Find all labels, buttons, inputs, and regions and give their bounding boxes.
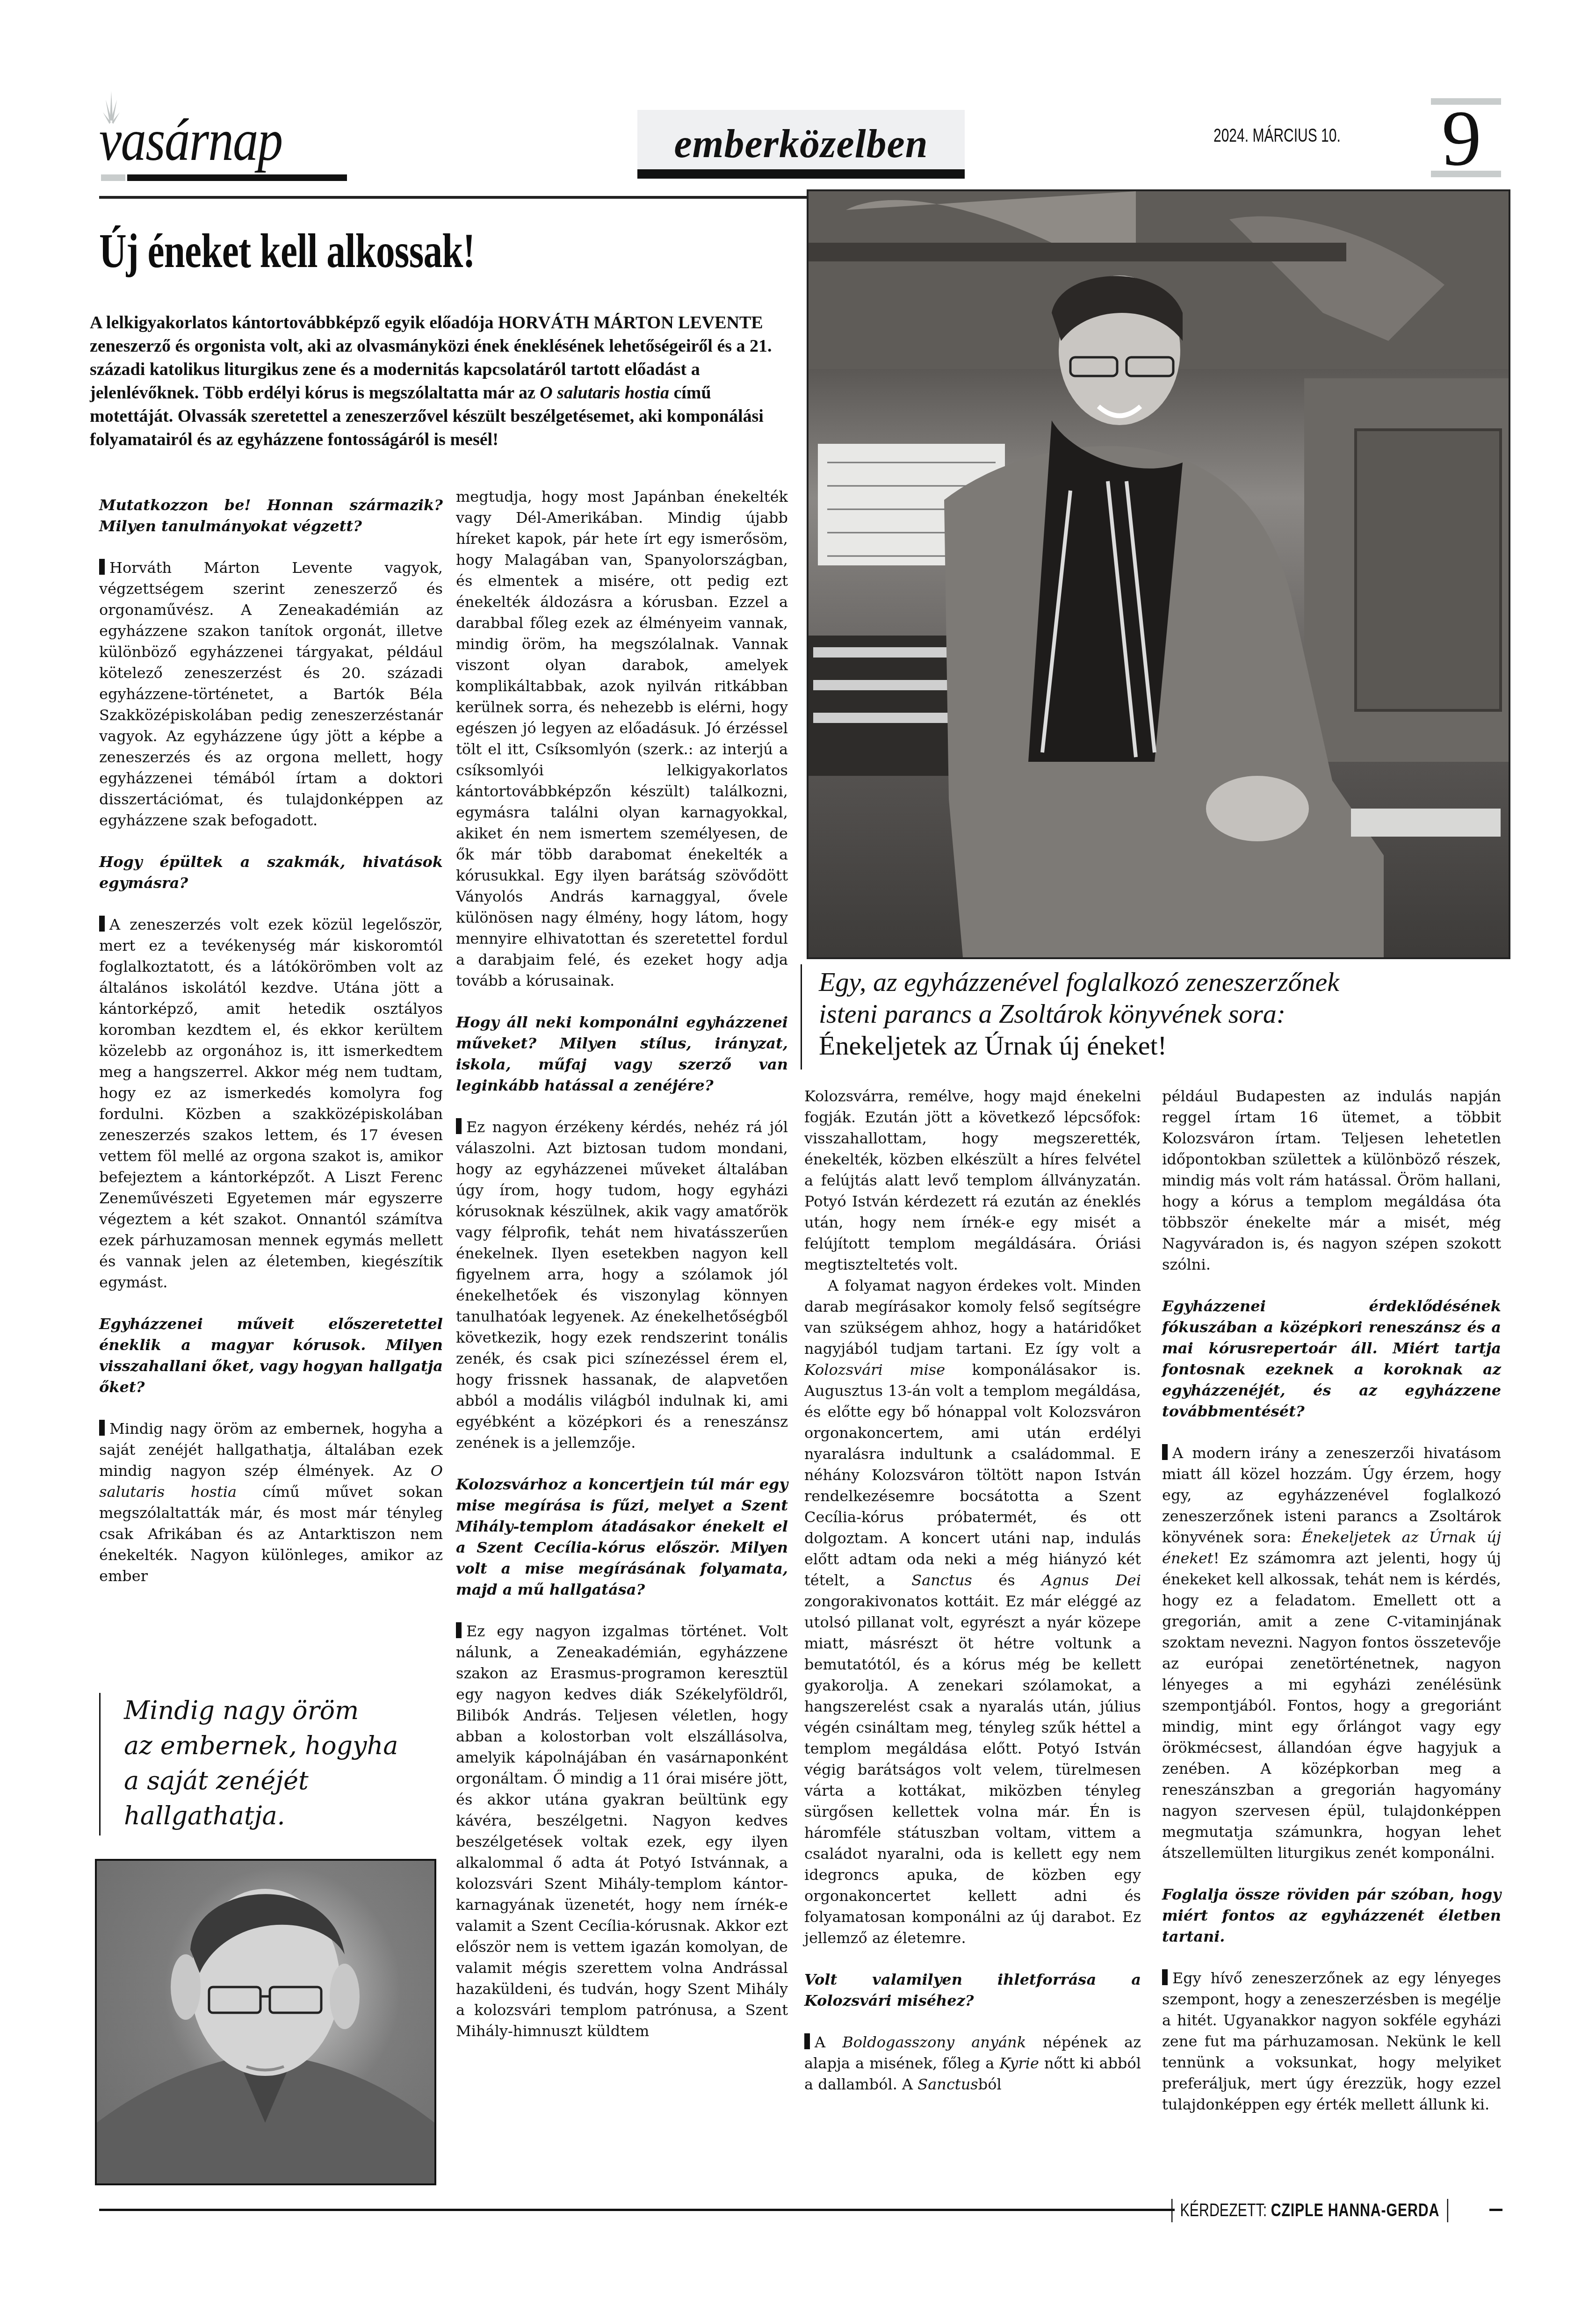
interview-answer: A modern irány a zeneszerzői hivatásom m… [1162, 1443, 1501, 1864]
pull-quote-main: Egy, az egyházzenével foglalkozó zenesze… [801, 964, 1503, 1070]
photo-composer-portrait [95, 1859, 436, 2185]
interview-question: Hogy épültek a szakmák, hivatások egymás… [99, 852, 443, 894]
interview-answer: A Boldogasszony anyánk népének az alapja… [804, 2032, 1141, 2095]
footer-rule [99, 2209, 1175, 2211]
interview-answer: Ez nagyon érzékeny kérdés, nehéz rá jól … [456, 1117, 788, 1453]
byline-label: KÉRDEZETT: [1180, 2201, 1271, 2220]
interview-question: Volt valamilyen ihletforrása a Kolozsvár… [804, 1969, 1141, 2011]
interview-answer: Horváth Márton Levente vagyok, végzettsé… [99, 557, 443, 831]
photo-composer-at-organ [807, 189, 1510, 959]
article-column-3: Kolozsvárra, remélve, hogy majd énekelni… [804, 1086, 1141, 2116]
organ-photo-illustration [809, 191, 1509, 957]
portrait-illustration [97, 1861, 434, 2183]
byline: KÉRDEZETT: CZIPLE HANNA-GERDA [1171, 2199, 1448, 2222]
interview-question: Foglalja össze röviden pár szóban, hogy … [1162, 1884, 1501, 1947]
interview-question: Hogy áll neki komponálni egyházzenei műv… [456, 1012, 788, 1096]
page-number-bar-bottom [1431, 171, 1501, 177]
lead-paragraph: A lelkigyakorlatos kántortovábbképző egy… [90, 311, 791, 451]
article-column-4: például Budapesten az indulás napján reg… [1162, 1086, 1501, 2136]
interview-question: Kolozsvárhoz a koncertjein túl már egy m… [456, 1474, 788, 1600]
interview-answer-continued: például Budapesten az indulás napján reg… [1162, 1086, 1501, 1275]
page-number: 9 [1442, 98, 1481, 178]
pull-quote-side: Mindig nagy öröm az embernek, hogyha a s… [99, 1693, 428, 1836]
interview-question: Egyházzenei érdeklődésének fókuszában a … [1162, 1296, 1501, 1422]
interview-question: Mutatkozzon be! Honnan származik? Milyen… [99, 495, 443, 537]
interview-question: Egyházzenei műveit előszeretettel énekli… [99, 1314, 443, 1398]
pull-quote-main-text: Egy, az egyházzenével foglalkozó zenesze… [819, 966, 1339, 1062]
interview-answer: A zeneszerzés volt ezek közül legelőször… [99, 914, 443, 1293]
interview-answer: Ez egy nagyon izgalmas történet. Volt ná… [456, 1621, 788, 2042]
issue-date: 2024. MÁRCIUS 10. [1213, 125, 1341, 146]
headline: Új éneket kell alkossak! [99, 224, 475, 278]
interview-answer: Egy hívő zeneszerzőnek az egy lényeges s… [1162, 1968, 1501, 2115]
logo-underline [127, 174, 347, 181]
section-underline [637, 169, 965, 179]
logo-text: vasárnap [99, 110, 282, 170]
masthead-logo: vasárnap [94, 91, 346, 180]
footer-rule-tail [1489, 2209, 1502, 2211]
logo-underline-accent [101, 174, 125, 181]
interview-answer-continued: megtudja, hogy most Japánban énekelték v… [456, 486, 788, 991]
section-label-box: emberközelben [637, 110, 965, 171]
interview-answer: Mindig nagy öröm az embernek, hogyha a s… [99, 1418, 443, 1587]
article-column-1: Mutatkozzon be! Honnan származik? Milyen… [99, 495, 443, 1607]
pull-quote-side-text: Mindig nagy öröm az embernek, hogyha a s… [124, 1693, 398, 1833]
article-column-2: megtudja, hogy most Japánban énekelték v… [456, 486, 788, 2062]
interview-answer-continued: Kolozsvárra, remélve, hogy majd énekelni… [804, 1086, 1141, 1275]
section-label: emberközelben [637, 120, 965, 167]
byline-author: CZIPLE HANNA-GERDA [1271, 2201, 1440, 2220]
interview-answer-paragraph: A folyamat nagyon érdekes volt. Minden d… [804, 1275, 1141, 1949]
